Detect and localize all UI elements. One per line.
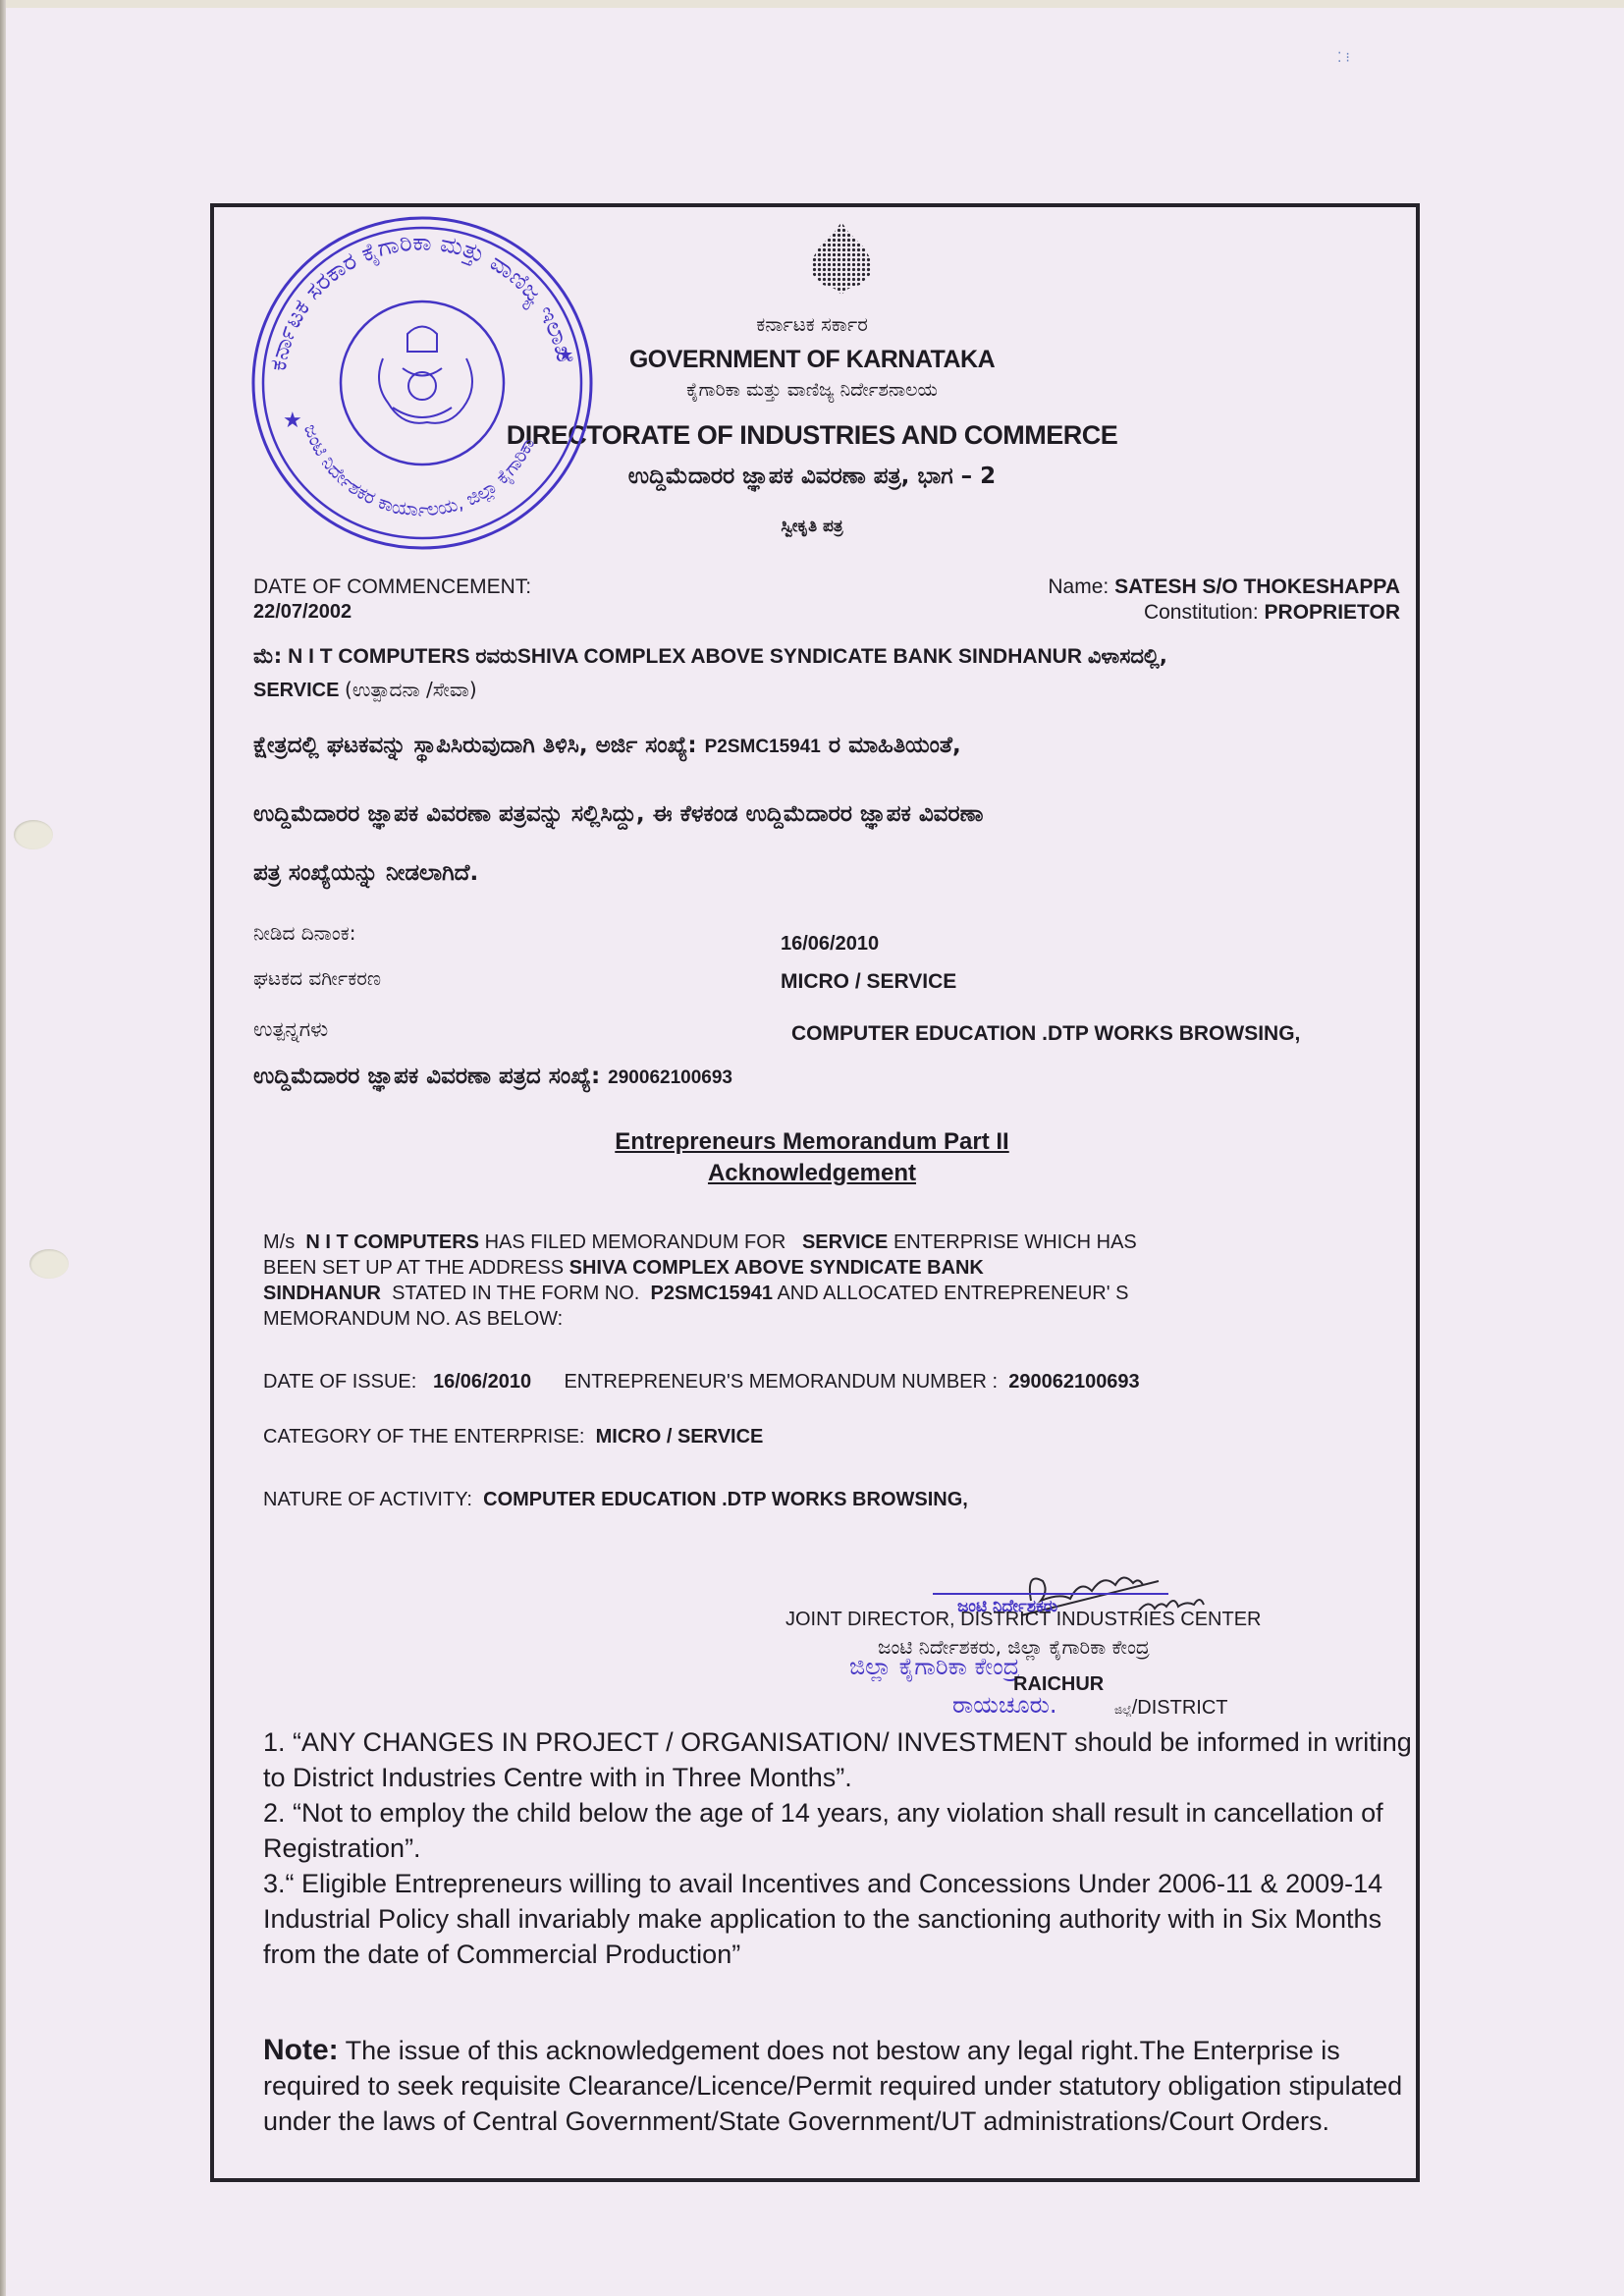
condition-1: 1. “ANY CHANGES IN PROJECT / ORGANISATIO…: [263, 1724, 1422, 1795]
vilasadalli: ವಿಳಾಸದಲ್ಲಿ,: [1088, 644, 1167, 668]
em-label: ENTREPRENEUR'S MEMORANDUM NUMBER :: [564, 1371, 998, 1393]
district: /DISTRICT: [1132, 1697, 1228, 1719]
activity-row: NATURE OF ACTIVITY: COMPUTER EDUCATION .…: [263, 1489, 968, 1511]
address: SHIVA COMPLEX ABOVE SYNDICATE BANK: [569, 1257, 984, 1279]
issue-row: DATE OF ISSUE: 16/06/2010 ENTREPRENEUR'S…: [263, 1371, 1140, 1394]
header-form-title: ಉದ್ದಿಮೆದಾರರ ಜ್ಞಾಪಕ ವಿವರಣಾ ಪತ್ರ, ಭಾಗ – 2: [0, 464, 1624, 489]
svg-text:★: ★: [283, 408, 302, 432]
ack-para-line3: SINDHANUR STATED IN THE FORM NO. P2SMC15…: [263, 1283, 1128, 1305]
prefix: ಮೆ:: [253, 644, 282, 668]
header-state-kannada: ಕರ್ನಾಟಕ ಸರ್ಕಾರ: [0, 312, 1624, 336]
kannada-line-3: ಕ್ಷೇತ್ರದಲ್ಲಿ ಘಟಕವನ್ನು ಸ್ಥಾಪಿಸಿರುವುದಾಗಿ ತ…: [253, 733, 961, 758]
official-round-stamp: ಕರ್ನಾಟಕ ಸರಕಾರ ಕೈಗಾರಿಕಾ ಮತ್ತು ವಾಣಿಜ್ಯ ಇಲಾ…: [245, 211, 599, 555]
ack-para-line4: MEMORANDUM NO. AS BELOW:: [263, 1308, 563, 1331]
commencement-date: 22/07/2002: [253, 601, 352, 624]
applicant-name: SATESH S/O THOKESHAPPA: [1114, 575, 1400, 598]
kannada-line-5: ಪತ್ರ ಸಂಖ್ಯೆಯನ್ನು ನೀಡಲಾಗಿದೆ.: [253, 860, 478, 886]
text: AND ALLOCATED ENTREPRENEUR' S: [777, 1283, 1128, 1304]
issue-label: DATE OF ISSUE:: [263, 1371, 416, 1393]
form-number: P2SMC15941: [650, 1283, 773, 1304]
emblem-icon: [379, 327, 472, 423]
line3-text: ಕ್ಷೇತ್ರದಲ್ಲಿ ಘಟಕವನ್ನು ಸ್ಥಾಪಿಸಿರುವುದಾಗಿ ತ…: [253, 733, 697, 758]
kannada-line-firm: ಮೆ: N I T COMPUTERS ರವರುSHIVA COMPLEX AB…: [253, 644, 1167, 669]
kannada-line-4: ಉದ್ದಿಮೆದಾರರ ಜ್ಞಾಪಕ ವಿವರಣಾ ಪತ್ರವನ್ನು ಸಲ್ಲ…: [253, 801, 984, 827]
ack-title: Acknowledgement: [0, 1160, 1624, 1187]
paper-top-edge: [0, 0, 1624, 8]
ms: M/s: [263, 1231, 295, 1253]
note-label: Note:: [263, 2034, 339, 2066]
field-label-em-number: ಉದ್ದಿಮೆದಾರರ ಜ್ಞಾಪಕ ವಿವರಣಾ ಪತ್ರದ ಸಂಖ್ಯೆ:: [253, 1064, 600, 1089]
signatory-district: ಜಿಲ್ಲೆ/DISTRICT: [1114, 1697, 1228, 1720]
ack-para-line2: BEEN SET UP AT THE ADDRESS SHIVA COMPLEX…: [263, 1257, 984, 1280]
service: SERVICE: [802, 1231, 888, 1253]
activity-label: NATURE OF ACTIVITY:: [263, 1489, 472, 1510]
header-directorate: DIRECTORATE OF INDUSTRIES AND COMMERCE: [0, 420, 1624, 451]
punch-hole: [29, 1249, 69, 1279]
state-emblem-icon: [797, 218, 886, 297]
signatory-title: JOINT DIRECTOR, DISTRICT INDUSTRIES CENT…: [785, 1609, 1261, 1631]
address-city: SINDHANUR: [263, 1283, 381, 1304]
firm-address: SHIVA COMPLEX ABOVE SYNDICATE BANK SINDH…: [517, 645, 1082, 668]
service-type: SERVICE: [253, 680, 339, 701]
text: HAS FILED MEMORANDUM FOR: [485, 1231, 786, 1253]
field-label-issue-date: ನೀಡಿದ ದಿನಾಂಕ:: [253, 921, 355, 945]
em-number: 290062100693: [1008, 1371, 1139, 1393]
header-subtitle: ಸ್ವೀಕೃತಿ ಪತ್ರ: [0, 517, 1624, 536]
text: ENTERPRISE WHICH HAS: [893, 1231, 1137, 1253]
form-number: P2SMC15941: [705, 737, 821, 757]
ack-para-line1: M/s N I T COMPUTERS HAS FILED MEMORANDUM…: [263, 1231, 1137, 1254]
category-value: MICRO / SERVICE: [596, 1426, 764, 1448]
text: STATED IN THE FORM NO.: [392, 1283, 639, 1304]
header-government: GOVERNMENT OF KARNATAKA: [0, 346, 1624, 374]
applicant-name-field: Name: SATESH S/O THOKESHAPPA: [1048, 575, 1400, 599]
category-label: CATEGORY OF THE ENTERPRISE:: [263, 1426, 584, 1448]
district-kn: ಜಿಲ್ಲೆ: [1114, 1703, 1132, 1717]
constitution-label: Constitution:: [1144, 601, 1259, 624]
field-value-issue-date: 16/06/2010: [781, 933, 879, 956]
ack-title-part2: Entrepreneurs Memorandum Part II: [0, 1128, 1624, 1156]
category-row: CATEGORY OF THE ENTERPRISE: MICRO / SERV…: [263, 1426, 763, 1449]
field-value-classification: MICRO / SERVICE: [781, 970, 956, 994]
blue-stamp-line2: ಜಿಲ್ಲಾ ಕೈಗಾರಿಕಾ ಕೇಂದ್ರ: [849, 1653, 1019, 1680]
condition-3: 3.“ Eligible Entrepreneurs willing to av…: [263, 1866, 1422, 1972]
firm: N I T COMPUTERS: [305, 1231, 479, 1253]
kannada-line-service: SERVICE (ಉತ್ಪಾದನಾ /ಸೇವಾ): [253, 678, 477, 702]
service-kannada: (ಉತ್ಪಾದನಾ /ಸೇವಾ): [345, 678, 477, 701]
note-block: Note: The issue of this acknowledgement …: [263, 2033, 1422, 2139]
field-value-em-number: 290062100693: [608, 1067, 732, 1088]
field-value-products: COMPUTER EDUCATION .DTP WORKS BROWSING,: [791, 1022, 1300, 1046]
constitution-value: PROPRIETOR: [1265, 601, 1400, 624]
punch-hole: [14, 820, 53, 849]
activity-value: COMPUTER EDUCATION .DTP WORKS BROWSING,: [483, 1489, 968, 1510]
header-directorate-kannada: ಕೈಗಾರಿಕಾ ಮತ್ತು ವಾಣಿಜ್ಯ ನಿರ್ದೇಶನಾಲಯ: [0, 379, 1624, 401]
ink-speck: ⁚ ⁝: [1337, 49, 1350, 66]
ravaru: ರವರು: [475, 644, 516, 668]
condition-2: 2. “Not to employ the child below the ag…: [263, 1795, 1422, 1866]
svg-text:★: ★: [558, 345, 573, 364]
commencement-label: DATE OF COMMENCEMENT:: [253, 575, 531, 599]
line3-suffix: ರ ಮಾಹಿತಿಯಂತೆ,: [829, 733, 961, 758]
name-label: Name:: [1048, 575, 1109, 598]
blue-stamp-line3: ರಾಯಚೂರು.: [952, 1691, 1057, 1719]
firm-name: N I T COMPUTERS: [288, 645, 470, 668]
issue-date: 16/06/2010: [433, 1371, 531, 1393]
constitution-field: Constitution: PROPRIETOR: [1144, 601, 1400, 625]
note-text: The issue of this acknowledgement does n…: [263, 2036, 1402, 2136]
text: BEEN SET UP AT THE ADDRESS: [263, 1257, 564, 1279]
field-em-number: ಉದ್ದಿಮೆದಾರರ ಜ್ಞಾಪಕ ವಿವರಣಾ ಪತ್ರದ ಸಂಖ್ಯೆ: …: [253, 1064, 732, 1089]
field-label-products: ಉತ್ಪನ್ನಗಳು: [253, 1017, 328, 1042]
field-label-classification: ಘಟಕದ ವರ್ಗೀಕರಣ: [253, 966, 381, 990]
